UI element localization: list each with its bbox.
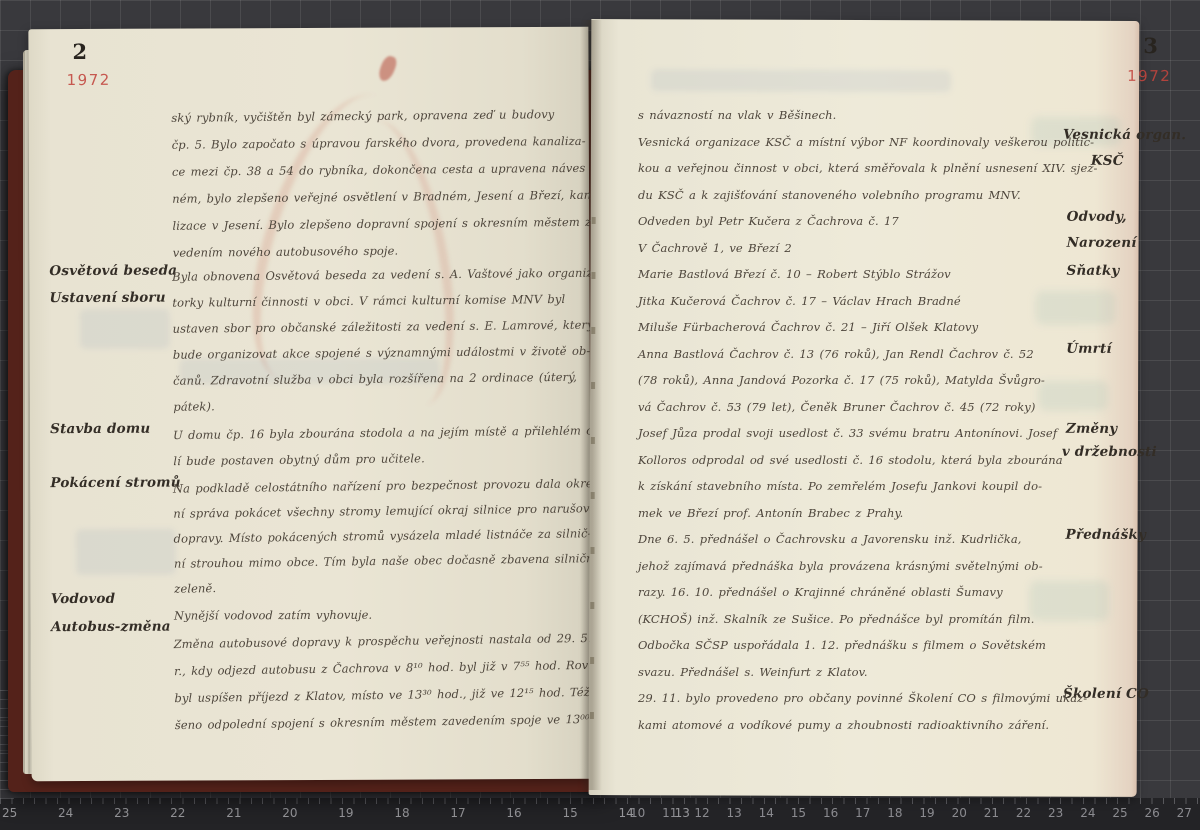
- scale-numbers-right: 101112131415161718192021222324252627: [630, 806, 1192, 820]
- text-line: Anna Bastlová Čachrov č. 13 (76 roků), J…: [638, 341, 1098, 368]
- text-line: 13: [726, 806, 741, 820]
- margin-heading-ustaveni-sboru: Ustavení sboru: [50, 290, 166, 307]
- text-line: 26: [1145, 806, 1160, 820]
- text-line: 17: [855, 806, 870, 820]
- text-line: lí bude postaven obytný dům pro učitele.: [173, 443, 612, 474]
- handwriting-autobus: Změna autobusové dopravy k prospěchu veř…: [173, 624, 654, 739]
- text-line: s návazností na vlak v Běšinech.: [638, 102, 1098, 129]
- text-line: 16: [506, 806, 521, 820]
- left-page: 2 1972 Osvětová beseda Ustavení sboru St…: [28, 27, 591, 781]
- handwriting-vodovod: Nynější vodovod zatím vyhovuje.: [174, 602, 372, 629]
- text-line: Nynější vodovod zatím vyhovuje.: [174, 602, 372, 629]
- text-line: 24: [1080, 806, 1095, 820]
- margin-heading-vodovod: Vodovod: [51, 591, 115, 607]
- text-line: 20: [952, 806, 967, 820]
- text-line: 22: [170, 806, 185, 820]
- text-line: U domu čp. 16 byla zbourána stodola a na…: [173, 417, 612, 448]
- text-line: 19: [338, 806, 353, 820]
- text-line: Vesnická organizace KSČ a místní výbor N…: [638, 129, 1098, 156]
- text-line: Kolloros odprodal od své usedlosti č. 16…: [638, 447, 1098, 474]
- text-line: kami atomové a vodíkové pumy a zhoubnost…: [638, 712, 1098, 738]
- text-line: (78 roků), Anna Jandová Pozorka č. 17 (7…: [638, 367, 1098, 394]
- text-line: 23: [114, 806, 129, 820]
- chronicle-photo: { "book": { "left_page": { "page_number"…: [0, 0, 1200, 830]
- text-line: razy. 16. 10. přednášel o Krajinné chrán…: [638, 579, 1098, 606]
- handwriting-pokaceni: Na podkladě celostátního nařízení pro be…: [173, 470, 652, 601]
- text-line: 25: [2, 806, 17, 820]
- text-line: 16: [823, 806, 838, 820]
- ink-bleedthrough: [651, 69, 951, 92]
- text-line: 15: [791, 806, 806, 820]
- page-number-left: 2: [72, 39, 87, 64]
- text-line: Josef Jůza prodal svoji usedlost č. 33 s…: [638, 420, 1098, 447]
- text-line: pátek).: [173, 390, 605, 420]
- text-line: Jitka Kučerová Čachrov č. 17 – Václav Hr…: [638, 288, 1098, 315]
- text-line: 12: [694, 806, 709, 820]
- open-book: 2 1972 Osvětová beseda Ustavení sboru St…: [8, 14, 1140, 800]
- text-line: 22: [1016, 806, 1031, 820]
- text-line: 21: [984, 806, 999, 820]
- handwriting-right-page: s návazností na vlak v Běšinech.Vesnická…: [638, 102, 1098, 738]
- text-line: 25: [1112, 806, 1127, 820]
- handwriting-osvetova: Byla obnovena Osvětová beseda za vedení …: [172, 260, 605, 420]
- text-line: šeno odpolední spojení s okresním městem…: [175, 705, 655, 739]
- text-line: 18: [394, 806, 409, 820]
- text-line: 24: [58, 806, 73, 820]
- margin-heading-autobus-zmena: Autobus-změna: [51, 619, 171, 636]
- text-line: 15: [562, 806, 577, 820]
- text-line: 11: [662, 806, 677, 820]
- red-ink-blot: [377, 54, 399, 83]
- text-line: Dne 6. 5. přednášel o Čachrovsku a Javor…: [638, 526, 1098, 553]
- handwriting-stavba: U domu čp. 16 byla zbourána stodola a na…: [173, 417, 612, 474]
- right-page: 3 1972 Vesnická organ. KSČ Odvody, Naroz…: [589, 19, 1140, 797]
- text-line: čanů. Zdravotní služba v obci byla rozší…: [173, 364, 605, 394]
- text-line: lizace v Jesení. Bylo zlepšeno dopravní …: [172, 208, 635, 239]
- text-line: 10: [630, 806, 645, 820]
- text-line: 27: [1177, 806, 1192, 820]
- text-line: kou a veřejnou činnost v obci, která smě…: [638, 155, 1098, 182]
- text-line: (KCHOŠ) inž. Skalník ze Sušice. Po předn…: [638, 606, 1098, 633]
- year-stamp-right: 1972: [1127, 67, 1171, 85]
- text-line: 29. 11. bylo provedeno pro občany povinn…: [638, 685, 1098, 712]
- text-line: 19: [919, 806, 934, 820]
- scale-numbers-left: 25242322212019181716151413: [2, 806, 690, 820]
- text-line: 21: [226, 806, 241, 820]
- text-line: 17: [450, 806, 465, 820]
- margin-heading-osvetova-beseda: Osvětová beseda: [49, 263, 177, 280]
- text-line: 20: [282, 806, 297, 820]
- text-line: Odveden byl Petr Kučera z Čachrova č. 17: [638, 208, 1098, 235]
- binding-stitches: [590, 169, 596, 729]
- page-number-right: 3: [1143, 33, 1158, 58]
- text-line: vá Čachrov č. 53 (79 let), Čeněk Bruner …: [638, 394, 1098, 421]
- ink-bleedthrough: [80, 309, 170, 349]
- text-line: Odbočka SČSP uspořádala 1. 12. přednášku…: [638, 632, 1098, 658]
- text-line: 18: [887, 806, 902, 820]
- text-line: jehož zajímavá přednáška byla provázena …: [638, 553, 1098, 580]
- text-line: Marie Bastlová Březí č. 10 – Robert Stýb…: [638, 261, 1098, 288]
- text-line: 23: [1048, 806, 1063, 820]
- ink-bleedthrough: [76, 529, 176, 575]
- text-line: mek ve Březí prof. Antonín Brabec z Prah…: [638, 500, 1098, 527]
- margin-heading-pokaceni-stromu: Pokácení stromů: [50, 475, 180, 492]
- measuring-scale-band: 25242322212019181716151413 1011121314151…: [0, 798, 1200, 830]
- text-line: V Čachrově 1, ve Březí 2: [638, 235, 1098, 262]
- text-line: svazu. Přednášel s. Weinfurt z Klatov.: [638, 659, 1098, 686]
- margin-heading-stavba-domu: Stavba domu: [50, 421, 150, 437]
- year-stamp-left: 1972: [67, 71, 111, 89]
- text-line: Miluše Fürbacherová Čachrov č. 21 – Jiří…: [638, 314, 1098, 341]
- handwriting-intro: ský rybník, vyčištěn byl zámecký park, o…: [171, 100, 636, 266]
- text-line: du KSČ a k zajišťování stanoveného voleb…: [638, 182, 1098, 209]
- text-line: 14: [759, 806, 774, 820]
- text-line: k získání stavebního místa. Po zemřelém …: [638, 473, 1098, 500]
